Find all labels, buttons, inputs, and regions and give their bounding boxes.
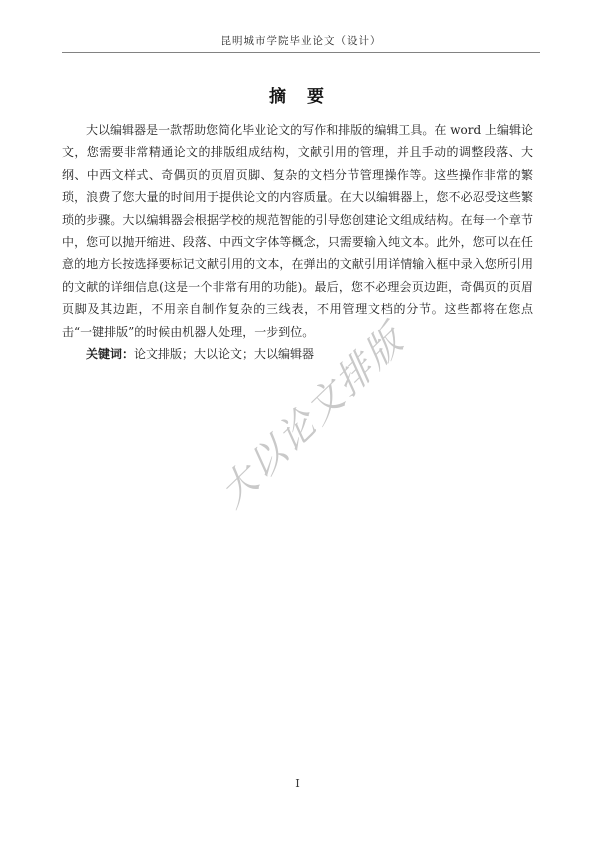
document-page: 昆明城市学院毕业论文（设计） 摘 要 大以编辑器是一款帮助您简化毕业论文的写作和… <box>0 0 595 842</box>
page-number: I <box>0 776 595 790</box>
abstract-paragraph: 大以编辑器是一款帮助您简化毕业论文的写作和排版的编辑工具。在 word 上编辑论… <box>62 119 533 343</box>
keywords-value: 论文排版；大以论文；大以编辑器 <box>134 347 314 361</box>
page-header: 昆明城市学院毕业论文（设计） <box>62 33 540 53</box>
header-title: 昆明城市学院毕业论文（设计） <box>221 35 382 47</box>
abstract-title: 摘 要 <box>0 82 595 107</box>
keywords-label: 关键词： <box>86 347 134 361</box>
keywords-line: 关键词：论文排版；大以论文；大以编辑器 <box>62 343 533 365</box>
abstract-body: 大以编辑器是一款帮助您简化毕业论文的写作和排版的编辑工具。在 word 上编辑论… <box>62 119 533 365</box>
